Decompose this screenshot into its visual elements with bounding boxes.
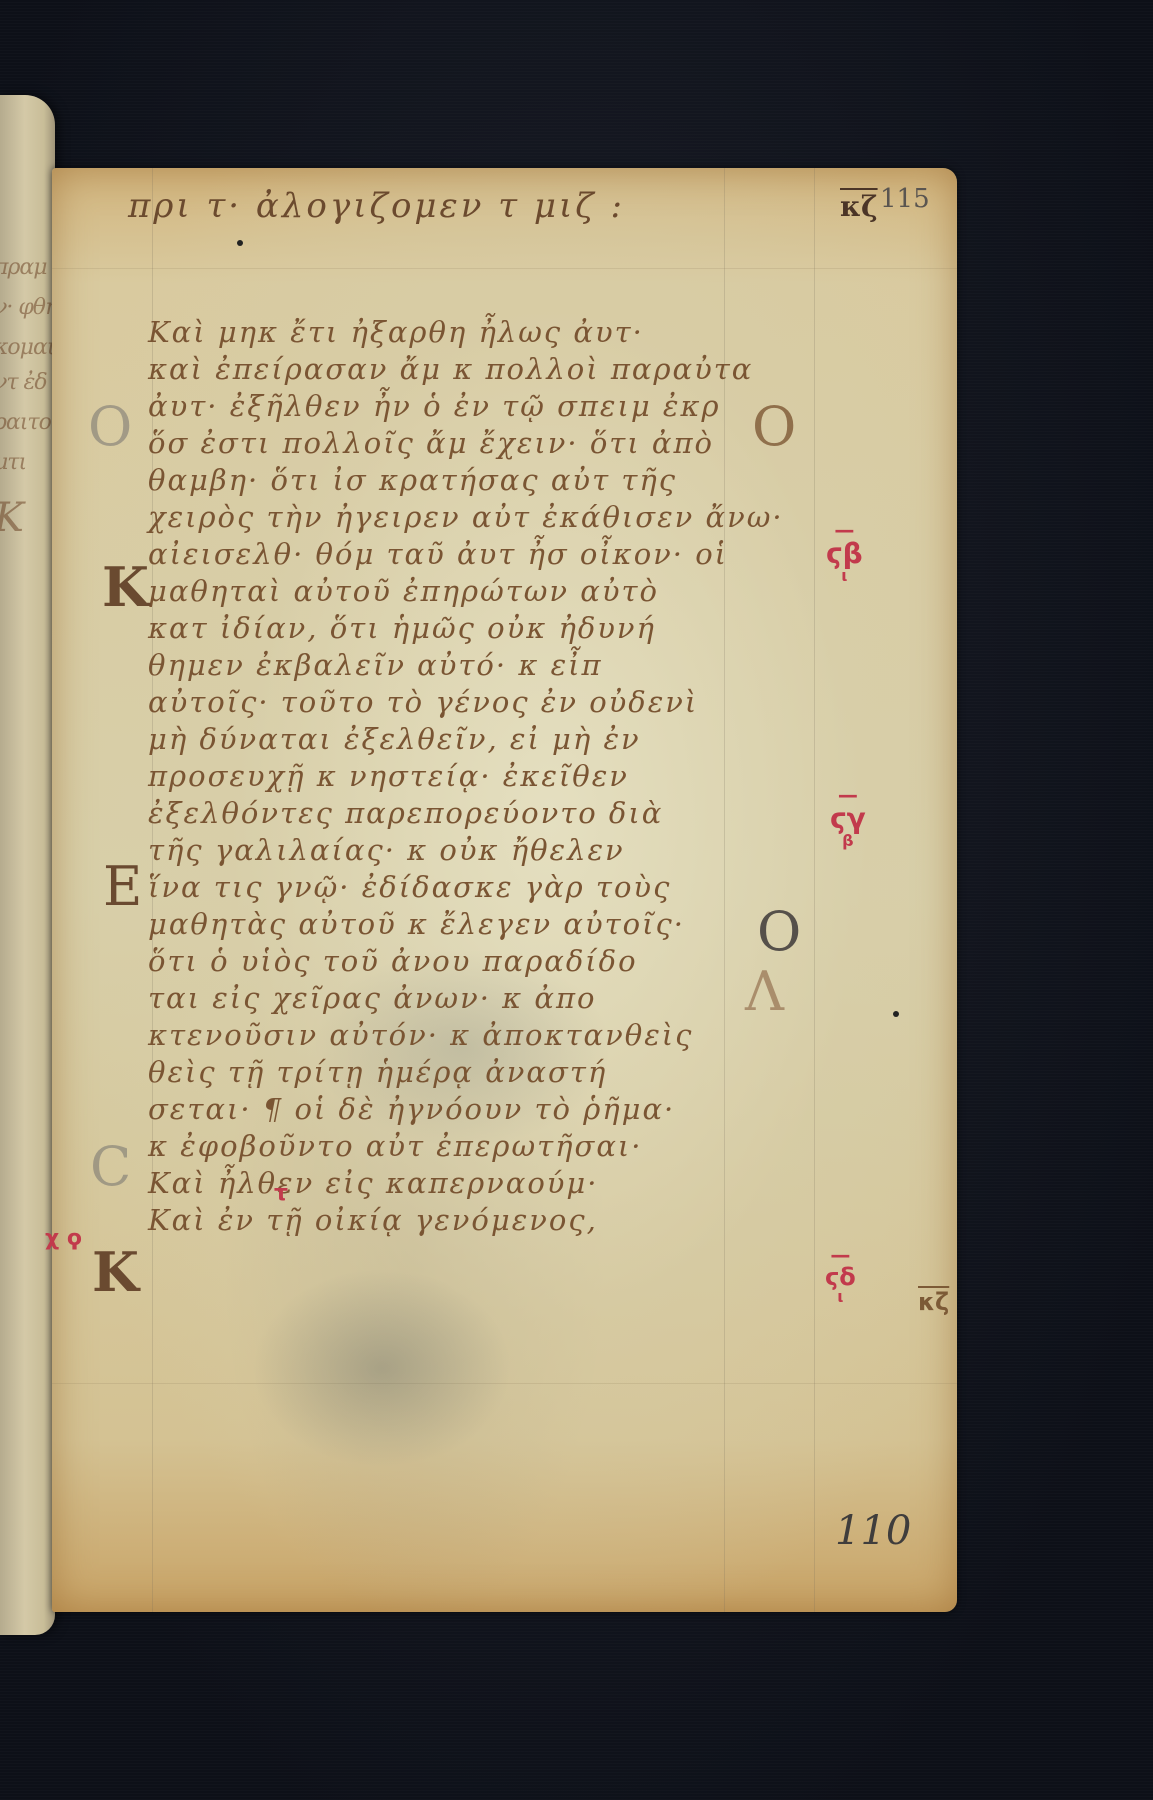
text-line: ἵνα τις γνῷ· ἐδίδασκε γὰρ τοὺς [148,870,671,904]
folio-number-bottom: 110 [835,1508,911,1554]
text-line: αἰεισελθ· θόμ ταῦ ἀυτ ἦσ οἶκον· οἱ [148,537,728,571]
folio-number-top: 115 [880,184,930,214]
running-title: πρι τ· ἀλογιζομεν τ μιζ : [128,186,625,226]
text-line: κτενοῦσιν αὐτόν· κ ἀποκτανθεὶς [148,1018,693,1052]
text-line: μὴ δύναται ἐξελθεῖν, εἰ μὴ ἐν [148,722,641,756]
text-line: ἐξελθόντες παρεπορεύοντο διὰ [148,796,663,830]
margin-letter: Ο [752,395,796,458]
margin-letter: Ο [88,395,132,458]
initial-letter: Κ [92,1240,139,1304]
text-line: μαθητὰς αὐτοῦ κ ἔλεγεν αὐτοῖς· [148,907,685,941]
text-line: θεὶς τῇ τρίτῃ ἡμέρᾳ ἀναστή [148,1055,607,1089]
rubric-section-number: — ϛδ ι [825,1245,856,1305]
text-line: Καὶ μηκ ἔτι ἠξαρθη ἦλως ἀυτ· [148,315,644,349]
text-line: ἀυτ· ἐξῆλθεν ἦν ὁ ἐν τῷ σπειμ ἐκρ [148,389,721,423]
facing-leaf-fragment: ν· φθη [0,295,55,320]
water-stain [252,1268,512,1468]
initial-letter: Ε [103,855,142,918]
quire-mark: κζ [840,190,878,223]
text-line: θημεν ἐκβαλεῖν αὐτό· κ εἶπ [148,648,603,682]
ruling-line [52,268,957,269]
text-line: ὅτι ὁ υἱὸς τοῦ ἀνου παραδίδο [148,944,638,978]
initial-letter: Κ [102,555,149,619]
margin-letter: Ϲ [90,1135,131,1198]
text-line: τῆς γαλιλαίας· κ οὐκ ἤθελεν [148,833,625,867]
text-line: Καὶ ἦλθεν εἰς καπερναούμ· [148,1166,599,1200]
rubric-inline-mark: τ [274,1183,288,1205]
text-line: κ ἐφοβοῦντο αὐτ ἐπερωτῆσαι· [148,1129,643,1163]
facing-leaf-fragment: Κ [0,495,23,541]
text-line: ται εἰς χεῖρας ἀνων· κ ἀπο [148,981,596,1015]
text-line: θαμβη· ὅτι ἰσ κρατήσας αὐτ τῆς [148,463,677,497]
text-line: σεται· ¶ οἱ δὲ ἠγνόουν τὸ ῥῆμα· [148,1092,675,1126]
ruling-line [814,168,815,1612]
margin-letter: Ο [757,900,801,963]
facing-leaf-fragment: πραμ [0,255,47,280]
text-line: Καὶ ἐν τῇ οἰκίᾳ γενόμενος, [148,1203,598,1237]
rubric-section-number: — ϛγ β [830,785,866,849]
facing-leaf-fragment: ντ ἐδ [0,370,47,395]
text-line: ὅσ ἐστι πολλοῖς ἄμ ἔχειν· ὅτι ἀπὸ [148,426,714,460]
text-line: καὶ ἐπείρασαν ἄμ κ πολλοὶ παραὐτα [148,352,753,386]
facing-leaf-fragment: ραιτο [0,410,51,435]
ink-dot [893,1011,899,1017]
facing-leaf: πραμ ν· φθη κομαιτ ντ ἐδ ραιτο μτι Κ [0,95,55,1635]
facing-leaf-fragment: κομαιτ [0,335,55,360]
ink-dot [237,240,243,246]
facing-leaf-fragment: μτι [0,450,26,475]
text-line: χειρὸς τὴν ἠγειρεν αὐτ ἐκάθισεν ἄνω· [148,500,784,534]
margin-quire-mark: κζ [918,1288,949,1316]
text-line: κατ ἰδίαν, ὅτι ἡμῶς οὐκ ἠδυνή [148,611,656,645]
ruling-line [52,1383,957,1384]
text-line: προσευχῇ κ νηστείᾳ· ἐκεῖθεν [148,759,629,793]
text-line: αὐτοῖς· τοῦτο τὸ γένος ἐν οὐδενὶ [148,685,698,719]
rubric-section-number: — ϛβ ι [826,520,863,584]
margin-letter: Λ [745,960,784,1023]
text-line: μαθηταὶ αὐτοῦ ἐπηρώτων αὐτὸ [148,574,659,608]
rubric-margin-note: χ ϙ [45,1228,82,1250]
